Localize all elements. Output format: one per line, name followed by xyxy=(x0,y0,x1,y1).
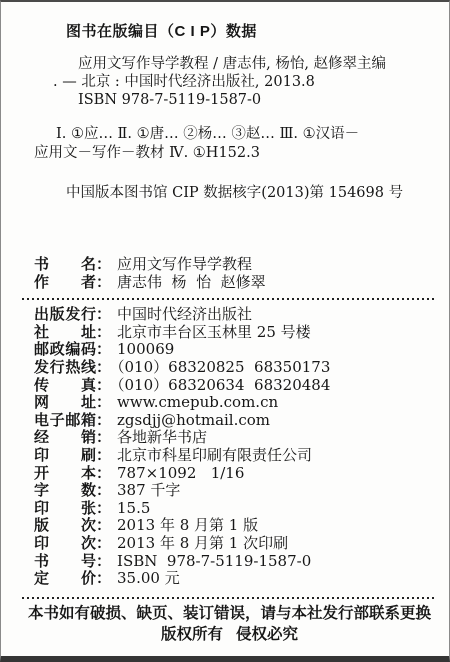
info-row-label: 印张 xyxy=(34,500,96,518)
info-row-colon: ： xyxy=(96,553,111,570)
info-row-value: 15.5 xyxy=(117,499,150,517)
info-row-value: 787×1092 1/16 xyxy=(117,464,244,482)
info-row: 传真：（010）68320634 68320484 xyxy=(34,377,437,395)
info-row-label: 书名 xyxy=(34,256,96,274)
info-row-value: 应用文写作导学教程 xyxy=(117,255,252,273)
cip-publication-statement: . — 北京 : 中国时代经济出版社, 2013.8 xyxy=(53,73,437,91)
info-row-colon: ： xyxy=(96,306,111,323)
info-row-colon: ： xyxy=(96,394,111,411)
cip-heading: 图书在版编目（C I P）数据 xyxy=(66,20,437,41)
info-row: 印张：15.5 xyxy=(34,500,437,518)
info-row-colon: ： xyxy=(96,465,111,482)
info-row-value: （010）68320825 68350173 xyxy=(117,358,330,376)
info-row-label: 传真 xyxy=(34,377,96,395)
info-row-label: 版次 xyxy=(34,517,96,535)
info-row-label: 作者 xyxy=(34,274,96,292)
copyright-statement: 版权所有 侵权必究 xyxy=(22,624,437,645)
info-row-value: 北京市丰台区玉林里 25 号楼 xyxy=(117,323,311,341)
publisher-detail-rows: 出版发行：中国时代经济出版社社址：北京市丰台区玉林里 25 号楼邮政编码：100… xyxy=(34,306,437,588)
cip-classification-line2: 应用文－写作－教材 Ⅳ. ①H152.3 xyxy=(34,144,437,163)
info-row-colon: ： xyxy=(96,324,111,341)
info-row: 电子邮箱：zgsdjj@hotmail.com xyxy=(34,412,437,430)
info-row-label: 电子邮箱 xyxy=(34,412,96,430)
info-row: 邮政编码：100069 xyxy=(34,341,437,359)
info-row-value: www.cmepub.com.cn xyxy=(117,393,278,411)
info-row-label: 印刷 xyxy=(34,447,96,465)
info-row-colon: ： xyxy=(96,412,111,429)
info-row: 发行热线：（010）68320825 68350173 xyxy=(34,359,437,377)
info-row: 书号：ISBN 978-7-5119-1587-0 xyxy=(34,553,437,571)
info-row-colon: ： xyxy=(96,517,111,534)
info-row-label: 发行热线 xyxy=(34,359,96,377)
info-row-colon: ： xyxy=(96,482,111,499)
cip-block: 图书在版编目（C I P）数据 应用文写作导学教程 / 唐志伟, 杨怡, 赵修翠… xyxy=(34,20,437,202)
info-row-colon: ： xyxy=(96,500,111,517)
info-row-colon: ： xyxy=(96,341,111,358)
info-row-colon: ： xyxy=(96,359,111,376)
damage-replacement-notice: 本书如有破损、缺页、装订错误，请与本社发行部联系更换 xyxy=(22,603,437,624)
info-row-label: 书号 xyxy=(34,553,96,571)
info-row-colon: ： xyxy=(96,447,111,464)
info-row-colon: ： xyxy=(96,256,111,273)
info-row-colon: ： xyxy=(96,429,111,446)
cip-title-statement: 应用文写作导学教程 / 唐志伟, 杨怡, 赵修翠主编 xyxy=(78,55,437,73)
info-row-value: 各地新华书店 xyxy=(117,428,207,446)
info-row: 网址：www.cmepub.com.cn xyxy=(34,394,437,412)
info-row-value: （010）68320634 68320484 xyxy=(117,376,330,394)
info-row-label: 经销 xyxy=(34,429,96,447)
cip-record-number: 中国版本图书馆 CIP 数据核字(2013)第 154698 号 xyxy=(66,181,437,202)
info-row: 社址：北京市丰台区玉林里 25 号楼 xyxy=(34,324,437,342)
info-row-value: 35.00 元 xyxy=(117,569,180,587)
info-row-colon: ： xyxy=(96,570,111,587)
copyright-page: 图书在版编目（C I P）数据 应用文写作导学教程 / 唐志伟, 杨怡, 赵修翠… xyxy=(0,0,450,662)
info-row-label: 定价 xyxy=(34,570,96,588)
info-row-label: 字数 xyxy=(34,482,96,500)
info-row: 印次：2013 年 8 月第 1 次印刷 xyxy=(34,535,437,553)
info-row-label: 印次 xyxy=(34,535,96,553)
info-row-value: 中国时代经济出版社 xyxy=(117,305,252,323)
info-row: 版次：2013 年 8 月第 1 版 xyxy=(34,517,437,535)
info-row: 经销：各地新华书店 xyxy=(34,429,437,447)
info-row-colon: ： xyxy=(96,535,111,552)
title-author-rows: 书名：应用文写作导学教程作者：唐志伟 杨 怡 赵修翠 xyxy=(34,256,437,291)
info-row: 字数：387 千字 xyxy=(34,482,437,500)
info-row-label: 邮政编码 xyxy=(34,341,96,359)
info-row-value: zgsdjj@hotmail.com xyxy=(117,411,270,429)
info-row-value: 2013 年 8 月第 1 次印刷 xyxy=(117,534,288,552)
info-row-label: 出版发行 xyxy=(34,306,96,324)
footer-notice-block: 本书如有破损、缺页、装订错误，请与本社发行部联系更换 版权所有 侵权必究 xyxy=(22,603,437,645)
info-row-label: 社址 xyxy=(34,324,96,342)
cip-classification-line1: Ⅰ. ①应… Ⅱ. ①唐… ②杨… ③赵… Ⅲ. ①汉语－ xyxy=(56,125,437,144)
info-row: 书名：应用文写作导学教程 xyxy=(34,256,437,274)
dotted-divider-bottom xyxy=(22,597,435,599)
info-row-value: 100069 xyxy=(117,340,174,358)
publication-info: 书名：应用文写作导学教程作者：唐志伟 杨 怡 赵修翠 出版发行：中国时代经济出版… xyxy=(34,256,437,599)
info-row: 作者：唐志伟 杨 怡 赵修翠 xyxy=(34,274,437,292)
info-row: 开本：787×1092 1/16 xyxy=(34,465,437,483)
info-row: 定价：35.00 元 xyxy=(34,570,437,588)
dotted-divider-top xyxy=(22,298,435,300)
info-row-value: 2013 年 8 月第 1 版 xyxy=(117,516,258,534)
cip-isbn-line: ISBN 978-7-5119-1587-0 xyxy=(78,91,437,109)
info-row: 印刷：北京市科星印刷有限责任公司 xyxy=(34,447,437,465)
info-row-colon: ： xyxy=(96,274,111,291)
info-row-value: 唐志伟 杨 怡 赵修翠 xyxy=(117,273,266,291)
info-row-label: 网址 xyxy=(34,394,96,412)
info-row-label: 开本 xyxy=(34,465,96,483)
info-row-value: 北京市科星印刷有限责任公司 xyxy=(117,446,312,464)
info-row-value: ISBN 978-7-5119-1587-0 xyxy=(117,552,311,570)
info-row-value: 387 千字 xyxy=(117,481,180,499)
info-row-colon: ： xyxy=(96,377,111,394)
info-row: 出版发行：中国时代经济出版社 xyxy=(34,306,437,324)
